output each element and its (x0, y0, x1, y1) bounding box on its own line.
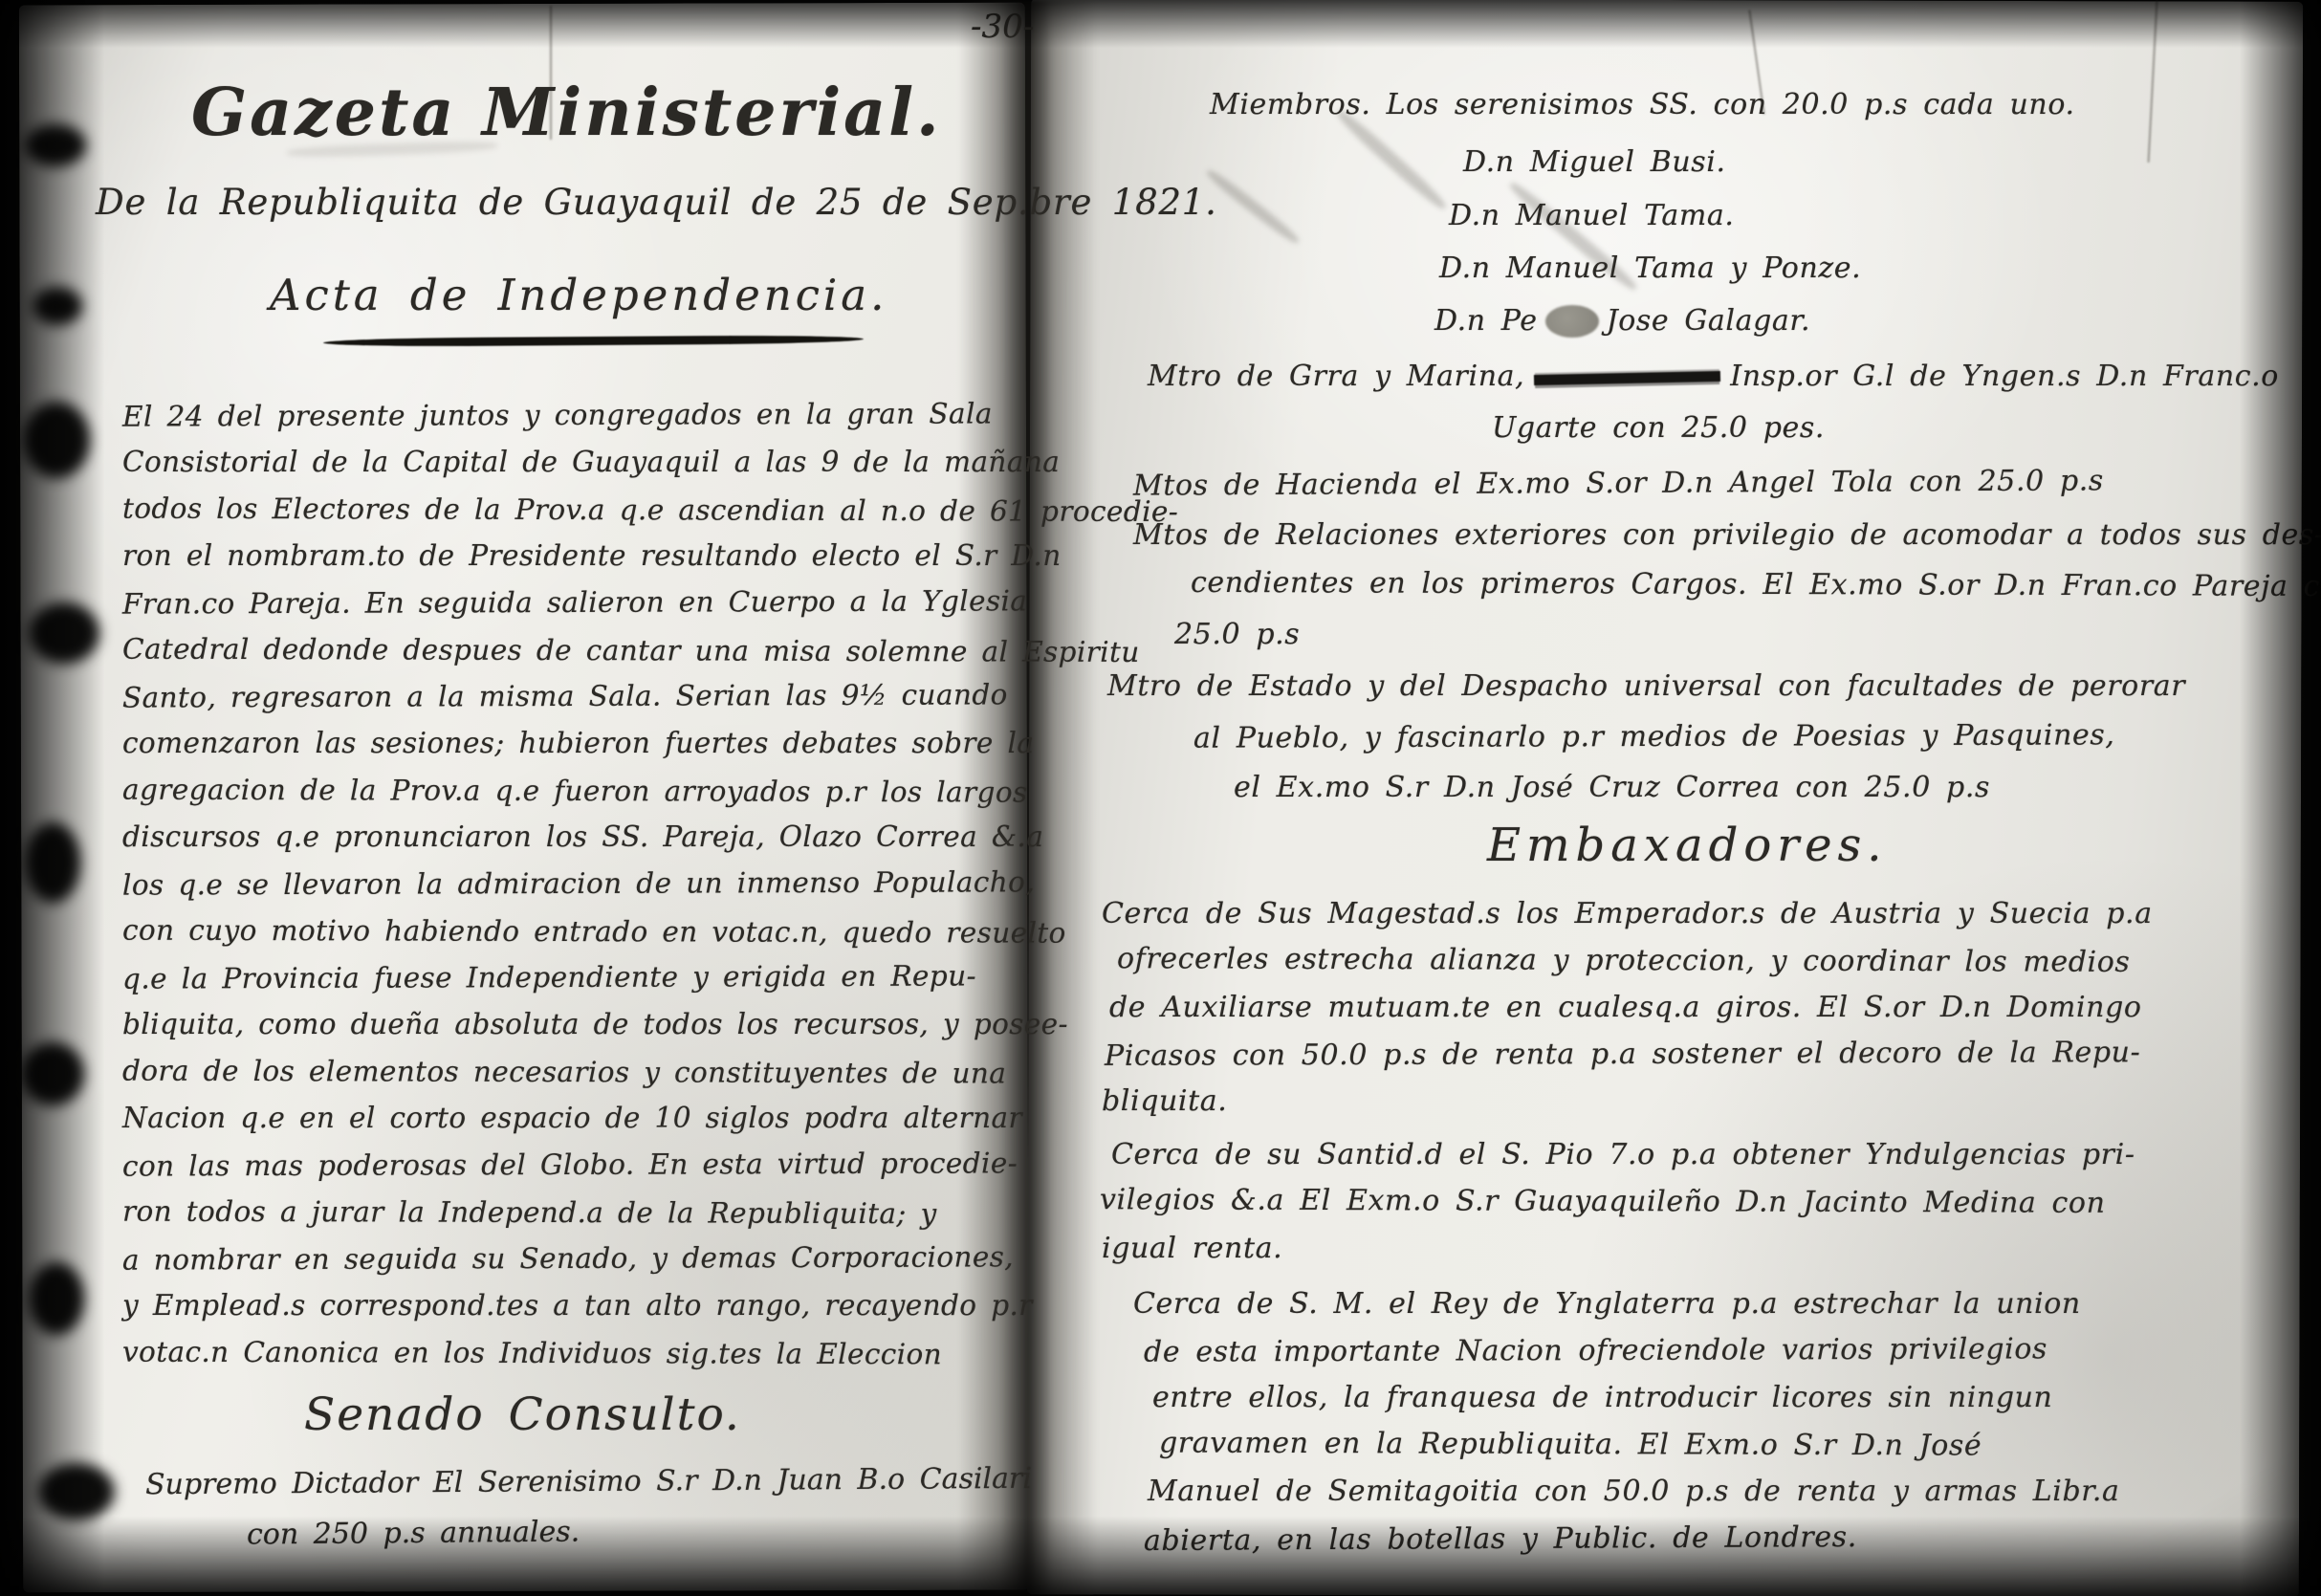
edge-blob (25, 822, 80, 903)
minister-line: el Ex.mo S.r D.n José Cruz Correa con 25… (1234, 771, 1990, 804)
minister-line: Mtos de Hacienda el Ex.mo S.or D.n Angel… (1133, 464, 2104, 502)
ambassador-line: Cerca de su Santid.d el S. Pio 7.o p.a o… (1111, 1138, 2135, 1171)
war-minister-line: Mtro de Grra y Marina,Insp.or G.l de Yng… (1148, 360, 2279, 393)
manuscript-line: El 24 del presente juntos y congregados … (122, 390, 983, 440)
manuscript-line: Consistorial de la Capital de Guayaquil … (122, 439, 983, 486)
manuscript-line: Santo, regresaron a la misma Sala. Seria… (122, 671, 983, 721)
edge-blob (21, 1042, 84, 1105)
war-minister-text: Mtro de Grra y Marina, (1148, 360, 1524, 393)
acta-heading: Acta de Independencia. (270, 270, 887, 320)
ambassador-line: Manuel de Semitagoitia con 50.0 p.s de r… (1148, 1475, 2120, 1508)
member-name-text: Jose Galagar. (1607, 304, 1811, 338)
manuscript-line: Catedral dedonde despues de cantar una m… (122, 626, 983, 676)
manuscript-line: ron todos a jurar la Independ.a de la Re… (122, 1189, 983, 1238)
manuscript-line: comenzaron las sesiones; hubieron fuerte… (122, 720, 983, 767)
senado-heading: Senado Consulto. (304, 1388, 741, 1441)
manuscript-line: todos los Electores de la Prov.a q.e asc… (122, 486, 983, 536)
edge-blob (33, 287, 82, 325)
manuscript-spread: -30- Gazeta Ministerial. De la Republiqu… (0, 0, 2321, 1596)
acta-body: El 24 del presente juntos y congregados … (122, 392, 983, 1376)
embaxadores-heading: Embaxadores. (1487, 819, 1887, 872)
minister-line: Mtos de Relaciones exteriores con privil… (1133, 518, 2321, 552)
edge-blob (23, 402, 90, 478)
ambassador-line: entre ellos, la franquesa de introducir … (1152, 1381, 2052, 1414)
manuscript-line: los q.e se llevaron la admiracion de un … (122, 859, 983, 908)
manuscript-line: votac.n Canonica en los Individuos sig.t… (122, 1329, 983, 1379)
minister-line: 25.0 p.s (1174, 618, 1300, 651)
ink-strikethrough (1534, 370, 1720, 384)
ambassador-line: Cerca de Sus Magestad.s los Emperador.s … (1102, 897, 2153, 930)
manuscript-line: Fran.co Pareja. En seguida salieron en C… (122, 578, 983, 627)
member-name: D.n Manuel Tama. (1449, 199, 1735, 232)
edge-blob (29, 602, 99, 664)
member-name-text: D.n Pe (1434, 304, 1538, 338)
minister-line: Ugarte con 25.0 pes. (1492, 411, 1825, 445)
minister-line: cendientes en los primeros Cargos. El Ex… (1191, 566, 2321, 603)
gazette-subtitle: De la Republiquita de Guayaquil de 25 de… (96, 182, 1217, 223)
manuscript-line: ron el nombram.to de Presidente resultan… (122, 533, 983, 579)
member-name: D.n Manuel Tama y Ponze. (1439, 251, 1861, 285)
ink-blot (1545, 305, 1599, 338)
ambassador-line: Cerca de S. M. el Rey de Ynglaterra p.a … (1133, 1287, 2081, 1321)
member-name: D.n PeJose Galagar. (1434, 304, 1810, 338)
ambassador-line: ofrecerles estrecha alianza y proteccion… (1117, 942, 2131, 979)
ambassador-line: bliquita. (1102, 1084, 1227, 1118)
minister-line: Mtro de Estado y del Despacho universal … (1107, 669, 2185, 703)
manuscript-line: Nacion q.e en el corto espacio de 10 sig… (122, 1095, 983, 1142)
member-name: D.n Miguel Busi. (1463, 145, 1726, 179)
edge-blob (29, 1262, 84, 1335)
ambassador-line: de Auxiliarse mutuam.te en cualesq.a gir… (1109, 991, 2142, 1024)
ambassador-line: de esta importante Nacion ofreciendole v… (1144, 1332, 2047, 1368)
manuscript-line: a nombrar en seguida su Senado, y demas … (122, 1234, 983, 1283)
manuscript-line: agregacion de la Prov.a q.e fueron arroy… (122, 767, 983, 817)
minister-line: al Pueblo, y fascinarlo p.r medios de Po… (1193, 718, 2115, 754)
ambassador-line: vilegios &.a El Exm.o S.r Guayaquileño D… (1100, 1183, 2106, 1220)
war-minister-text: Insp.or G.l de Yngen.s D.n Franc.o (1730, 360, 2279, 393)
ambassador-line: gravamen en la Republiquita. El Exm.o S.… (1159, 1426, 1982, 1462)
manuscript-line: q.e la Provincia fuese Independiente y e… (122, 952, 983, 1002)
ambassador-line: Picasos con 50.0 p.s de renta p.a sosten… (1105, 1036, 2140, 1073)
senado-line: Supremo Dictador El Serenisimo S.r D.n J… (145, 1462, 1032, 1501)
edge-blob (25, 124, 86, 166)
manuscript-line: discursos q.e pronunciaron los SS. Parej… (122, 814, 983, 861)
manuscript-line: con cuyo motivo habiendo entrado en vota… (122, 907, 983, 957)
senado-line: con 250 p.s annuales. (247, 1515, 580, 1551)
ambassador-line: abierta, en las botellas y Public. de Lo… (1144, 1520, 1857, 1558)
page-number: -30- (971, 8, 1034, 46)
manuscript-line: bliquita, como dueña absoluta de todos l… (122, 1001, 983, 1048)
manuscript-line: dora de los elementos necesarios y const… (122, 1048, 983, 1098)
ambassador-line: igual renta. (1102, 1232, 1282, 1265)
edge-blob (38, 1463, 115, 1520)
members-line: Miembros. Los serenisimos SS. con 20.0 p… (1210, 88, 2075, 121)
gazette-title: Gazeta Ministerial. (191, 75, 880, 151)
manuscript-line: y Emplead.s correspond.tes a tan alto ra… (122, 1282, 983, 1329)
manuscript-line: con las mas poderosas del Globo. En esta… (122, 1140, 983, 1190)
